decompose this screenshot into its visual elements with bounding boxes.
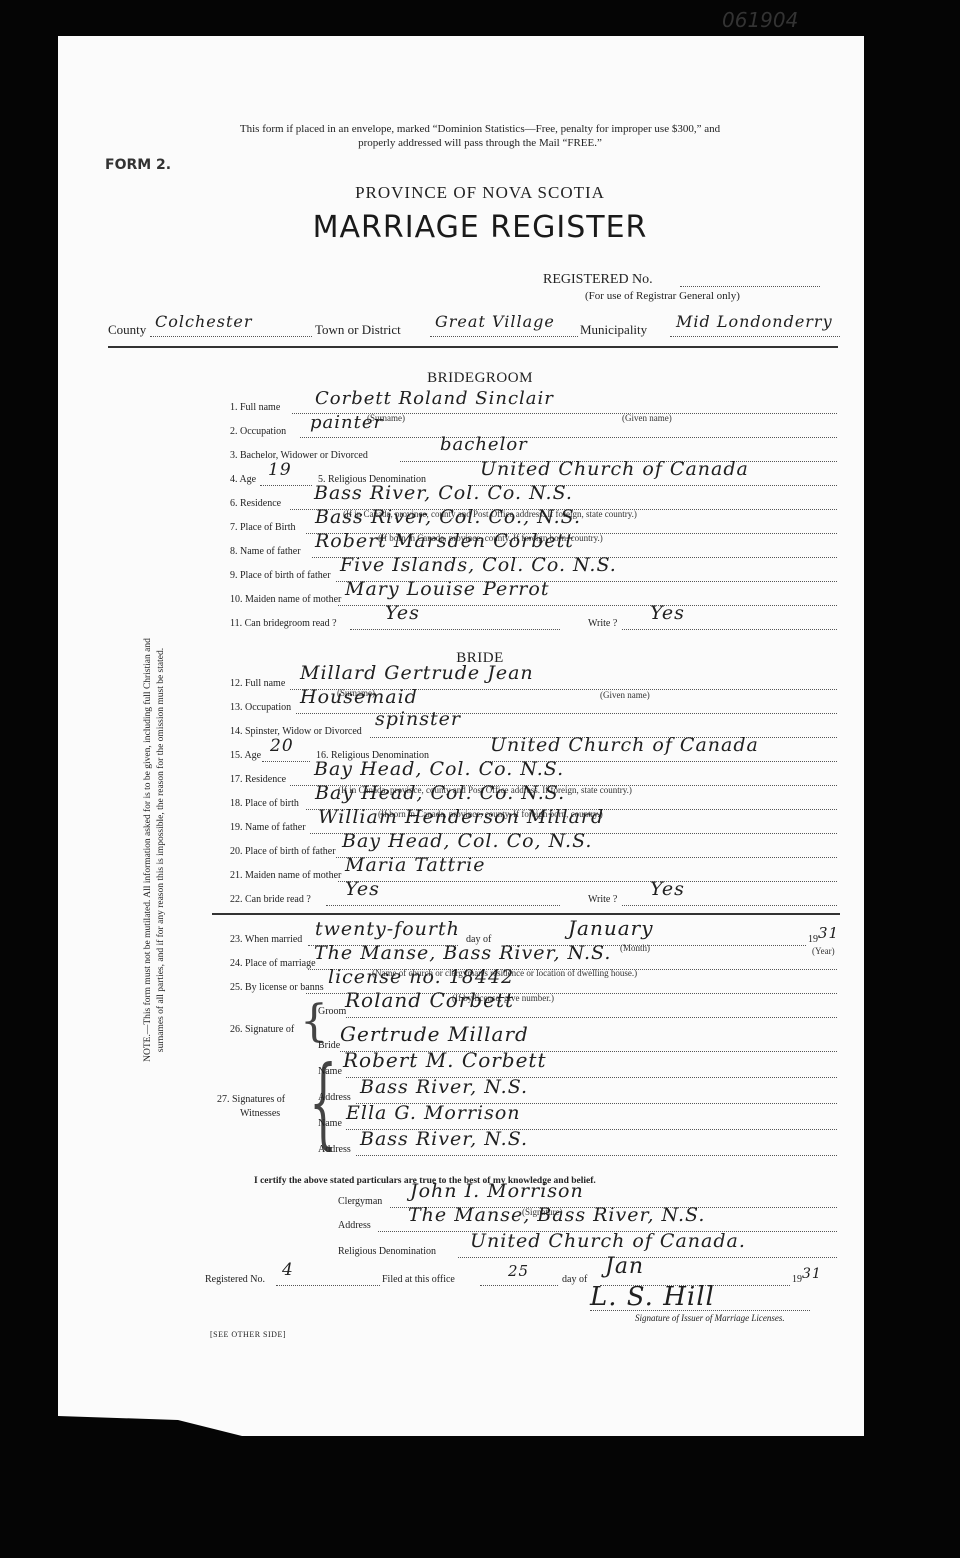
groom-can-write-line bbox=[622, 629, 837, 630]
groom-signature-label: Groom bbox=[318, 1006, 346, 1017]
bride-full-name-label: 12. Full name bbox=[230, 678, 285, 689]
groom-can-read-value[interactable]: Yes bbox=[385, 602, 420, 624]
groom-signature-value[interactable]: Roland Corbett bbox=[345, 988, 514, 1012]
groom-father-name-value[interactable]: Robert Marsden Corbett bbox=[315, 530, 574, 552]
bride-age-line bbox=[262, 761, 310, 762]
license-value[interactable]: license no. 18442 bbox=[328, 966, 514, 988]
groom-status-label: 3. Bachelor, Widower or Divorced bbox=[230, 450, 368, 461]
groom-signature-line bbox=[346, 1017, 837, 1018]
side-note: NOTE.—This form must not be mutilated. A… bbox=[142, 550, 168, 1150]
side-note-line2: surnames of all parties, and if for any … bbox=[155, 550, 168, 1150]
groom-residence-value[interactable]: Bass River, Col. Co. N.S. bbox=[314, 482, 573, 504]
groom-can-read-label: 11. Can bridegroom read ? bbox=[230, 618, 337, 629]
municipality-line bbox=[670, 336, 840, 337]
bride-status-value[interactable]: spinster bbox=[375, 708, 461, 730]
filed-label: Filed at this office bbox=[382, 1274, 455, 1285]
bride-birthplace-label: 18. Place of birth bbox=[230, 798, 299, 809]
filed-month[interactable]: Jan bbox=[605, 1254, 644, 1279]
bride-father-birthplace-value[interactable]: Bay Head, Col. Co, N.S. bbox=[342, 830, 592, 852]
bride-age-value[interactable]: 20 bbox=[270, 736, 294, 756]
district-line bbox=[430, 336, 578, 337]
groom-father-birthplace-label: 9. Place of birth of father bbox=[230, 570, 331, 581]
see-other-side: [SEE OTHER SIDE] bbox=[210, 1330, 286, 1339]
province-heading: PROVINCE OF NOVA SCOTIA bbox=[200, 183, 760, 203]
bride-can-write-value[interactable]: Yes bbox=[650, 878, 685, 900]
clergyman-signature[interactable]: John I. Morrison bbox=[410, 1180, 584, 1202]
witness-2-name-label: Name bbox=[318, 1118, 342, 1129]
place-of-marriage-label: 24. Place of marriage bbox=[230, 958, 316, 969]
groom-father-name-label: 8. Name of father bbox=[230, 546, 301, 557]
district-label: Town or District bbox=[315, 322, 401, 338]
month-hint: (Month) bbox=[620, 943, 650, 953]
witness-2-address-label: Address bbox=[318, 1144, 351, 1155]
registered-no-value-bottom[interactable]: 4 bbox=[282, 1260, 294, 1280]
bride-status-label: 14. Spinster, Widow or Divorced bbox=[230, 726, 362, 737]
bride-mother-maiden-line bbox=[338, 881, 837, 882]
bride-mother-maiden-value[interactable]: Maria Tattrie bbox=[345, 854, 486, 876]
bride-age-label: 15. Age bbox=[230, 750, 261, 761]
county-value[interactable]: Colchester bbox=[155, 312, 252, 331]
groom-given-name-hint: (Given name) bbox=[622, 413, 672, 423]
year-hint: (Year) bbox=[812, 946, 835, 956]
witness-1-name-value[interactable]: Robert M. Corbett bbox=[343, 1048, 547, 1072]
mail-notice-line1: This form if placed in an envelope, mark… bbox=[100, 122, 860, 136]
bride-can-write-label: Write ? bbox=[588, 894, 617, 905]
registered-no-line-bottom bbox=[276, 1285, 380, 1286]
issuer-signature[interactable]: L. S. Hill bbox=[590, 1282, 715, 1312]
municipality-value[interactable]: Mid Londonderry bbox=[676, 312, 833, 331]
bride-can-write-line bbox=[622, 905, 837, 906]
municipality-label: Municipality bbox=[580, 322, 647, 338]
groom-occupation-line bbox=[300, 437, 837, 438]
filed-day[interactable]: 25 bbox=[508, 1262, 529, 1280]
clergyman-address-value[interactable]: The Manse, Bass River, N.S. bbox=[408, 1204, 705, 1226]
bride-father-birthplace-label: 20. Place of birth of father bbox=[230, 846, 336, 857]
bride-can-read-value[interactable]: Yes bbox=[345, 878, 380, 900]
bride-occupation-value[interactable]: Housemaid bbox=[300, 686, 418, 708]
when-married-label: 23. When married bbox=[230, 934, 302, 945]
witness-2-address-value[interactable]: Bass River, N.S. bbox=[360, 1128, 528, 1150]
header-divider bbox=[108, 346, 838, 348]
groom-can-read-line bbox=[350, 629, 560, 630]
reference-number: 061904 bbox=[722, 8, 798, 32]
bride-signature-value[interactable]: Gertrude Millard bbox=[340, 1022, 529, 1046]
witness-1-address-value[interactable]: Bass River, N.S. bbox=[360, 1076, 528, 1098]
groom-occupation-label: 2. Occupation bbox=[230, 426, 286, 437]
bride-father-name-value[interactable]: William Henderson Millard bbox=[318, 806, 604, 828]
groom-can-write-label: Write ? bbox=[588, 618, 617, 629]
registrar-note: (For use of Registrar General only) bbox=[585, 290, 740, 302]
bride-mother-maiden-label: 21. Maiden name of mother bbox=[230, 870, 341, 881]
witness-2-name-value[interactable]: Ella G. Morrison bbox=[346, 1102, 521, 1124]
groom-residence-label: 6. Residence bbox=[230, 498, 281, 509]
signature-of-label: 26. Signature of bbox=[230, 1024, 294, 1035]
clergyman-label: Clergyman bbox=[338, 1196, 382, 1207]
bride-occupation-label: 13. Occupation bbox=[230, 702, 291, 713]
groom-mother-maiden-value[interactable]: Mary Louise Perrot bbox=[345, 578, 549, 600]
clergyman-religion-value[interactable]: United Church of Canada. bbox=[470, 1230, 746, 1252]
clergyman-religion-line bbox=[458, 1257, 837, 1258]
bride-religion-value[interactable]: United Church of Canada bbox=[490, 734, 759, 756]
groom-occupation-value[interactable]: painter bbox=[310, 412, 383, 433]
place-of-marriage-value[interactable]: The Manse, Bass River, N.S. bbox=[314, 942, 611, 964]
when-married-month[interactable]: January bbox=[568, 916, 654, 940]
groom-age-value[interactable]: 19 bbox=[268, 460, 292, 480]
registered-no-label-bottom: Registered No. bbox=[205, 1274, 265, 1285]
filed-day-line bbox=[480, 1285, 558, 1286]
bridegroom-heading: BRIDEGROOM bbox=[400, 370, 560, 387]
clergyman-address-label: Address bbox=[338, 1220, 371, 1231]
witness-1-name-label: Name bbox=[318, 1066, 342, 1077]
registered-no-field[interactable] bbox=[680, 286, 820, 287]
bride-father-name-label: 19. Name of father bbox=[230, 822, 306, 833]
witnesses-label-line2: Witnesses bbox=[240, 1108, 280, 1119]
when-married-day[interactable]: twenty-fourth bbox=[315, 918, 460, 940]
witness-2-address-line bbox=[356, 1155, 837, 1156]
filed-year-prefix: 19 bbox=[792, 1274, 802, 1285]
bride-section-divider bbox=[212, 913, 840, 915]
issuer-signature-line bbox=[590, 1310, 810, 1311]
side-note-line1: NOTE.—This form must not be mutilated. A… bbox=[142, 550, 155, 1150]
groom-status-value[interactable]: bachelor bbox=[440, 434, 528, 455]
groom-age-line bbox=[260, 485, 312, 486]
groom-birthplace-label: 7. Place of Birth bbox=[230, 522, 296, 533]
license-label: 25. By license or banns bbox=[230, 982, 324, 993]
clergyman-religion-label: Religious Denomination bbox=[338, 1246, 436, 1257]
county-label: County bbox=[108, 322, 146, 338]
bride-full-name-value[interactable]: Millard Gertrude Jean bbox=[300, 662, 534, 684]
bride-can-read-label: 22. Can bride read ? bbox=[230, 894, 311, 905]
bride-can-read-line bbox=[326, 905, 560, 906]
page-title: MARRIAGE REGISTER bbox=[160, 210, 800, 245]
county-line bbox=[150, 336, 312, 337]
groom-father-birthplace-value[interactable]: Five Islands, Col. Co. N.S. bbox=[340, 554, 617, 576]
filed-year[interactable]: 31 bbox=[802, 1266, 822, 1282]
registered-no-label: REGISTERED No. bbox=[543, 272, 653, 288]
when-married-year[interactable]: 31 bbox=[818, 924, 839, 942]
witnesses-label-line1: 27. Signatures of bbox=[217, 1094, 285, 1105]
year-prefix: 19 bbox=[808, 934, 818, 945]
bride-birthplace-value[interactable]: Bay Head, Col. Co. N.S. bbox=[315, 782, 565, 804]
bride-given-name-hint: (Given name) bbox=[600, 690, 650, 700]
bride-residence-value[interactable]: Bay Head, Col. Co. N.S. bbox=[314, 758, 564, 780]
form-number: FORM 2. bbox=[105, 157, 171, 173]
groom-can-write-value[interactable]: Yes bbox=[650, 602, 685, 624]
groom-mother-maiden-label: 10. Maiden name of mother bbox=[230, 594, 341, 605]
district-value[interactable]: Great Village bbox=[435, 312, 555, 331]
mail-notice-line2: properly addressed will pass through the… bbox=[100, 136, 860, 150]
groom-birthplace-value[interactable]: Bass River, Col. Co., N.S. bbox=[315, 506, 581, 528]
groom-age-label: 4. Age bbox=[230, 474, 256, 485]
groom-full-name-label: 1. Full name bbox=[230, 402, 280, 413]
bride-residence-label: 17. Residence bbox=[230, 774, 286, 785]
filed-day-of-label: day of bbox=[562, 1274, 587, 1285]
groom-full-name-value[interactable]: Corbett Roland Sinclair bbox=[315, 388, 554, 409]
groom-religion-value[interactable]: United Church of Canada bbox=[480, 458, 749, 480]
issuer-label: Signature of Issuer of Marriage Licenses… bbox=[635, 1313, 785, 1323]
